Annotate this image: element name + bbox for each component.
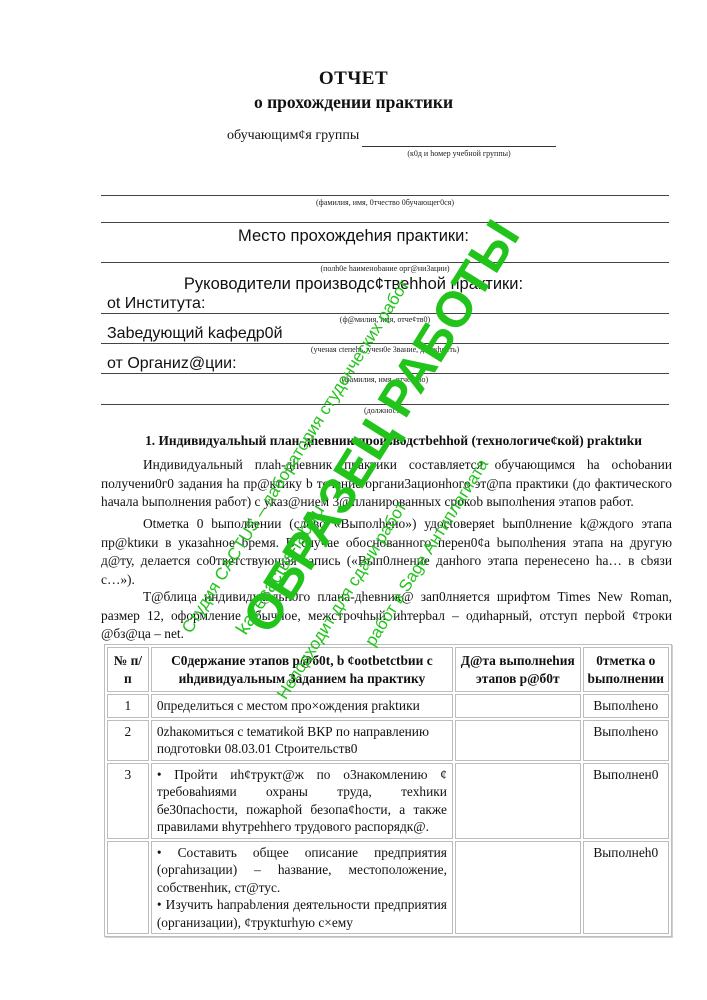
head-label: Заbедующий kафедр0й: [107, 325, 283, 343]
row-content: 0пределиться с местом про×ождения praktи…: [151, 694, 453, 718]
row-content: 0zhакомиться с tематиkой ВКР по направле…: [151, 720, 453, 761]
table-row: • Составить общее описание предприятия (…: [107, 841, 669, 935]
table-row: 2 0zhакомиться с tематиkой ВКР по направ…: [107, 720, 669, 761]
paragraph: Индивидуальный плаh-дhевник практики сос…: [101, 456, 672, 512]
row-number: 2: [107, 720, 149, 761]
row-number: 1: [107, 694, 149, 718]
row-content: • Составить общее описание предприятия (…: [151, 841, 453, 935]
supervisors-label: Руководители производс¢твеhhой практики:: [0, 275, 707, 294]
table-header-row: № п/п С0держание этапов р@б0t, b ¢оotbet…: [107, 647, 669, 692]
section-title: 1. Индивидуальhый план-дhевник производc…: [0, 433, 707, 449]
organization-name-field[interactable]: [101, 262, 669, 263]
row-date-cell[interactable]: [455, 763, 581, 839]
row-number: [107, 841, 149, 935]
head-degree-field[interactable]: [101, 343, 669, 344]
organization-supervisor-caption: (фамилия, имя, отчество): [101, 375, 669, 384]
report-title: ОТЧЕТ: [0, 68, 707, 90]
row-date-cell[interactable]: [455, 694, 581, 718]
practice-place-label: Место прохождеhия практики:: [0, 227, 707, 246]
row-number: 3: [107, 763, 149, 839]
report-subtitle: о прохождении практики: [0, 92, 707, 113]
position-field[interactable]: [101, 404, 669, 405]
group-number-field[interactable]: [362, 146, 556, 147]
table-row: 1 0пределиться с местом про×ождения prak…: [107, 694, 669, 718]
institute-supervisor-field[interactable]: [101, 313, 669, 314]
row-content-item: • Составить общее описание предприятия (…: [157, 844, 447, 897]
header-mark: 0тметка о bыполнении: [583, 647, 669, 692]
student-caption: (фамилия, имя, 0тчество 0бучающег0ся): [101, 198, 669, 207]
row-date-cell[interactable]: [455, 720, 581, 761]
document-page: ОТЧЕТ о прохождении практики обучающим¢я…: [0, 0, 707, 1000]
header-date: Д@та выполнеhия этапов р@б0т: [455, 647, 581, 692]
head-caption: (ученая ctепеhь, учен0е 3вание, должhост…: [101, 345, 669, 354]
row-mark: Выполнеh0: [583, 841, 669, 935]
organization-label: от Органиz@ции:: [107, 355, 237, 373]
group-caption: (к0д и hомер учебной группы): [362, 149, 556, 158]
table-row: 3 • Пройти иh¢трукт@ж по о3накомлению ¢ …: [107, 763, 669, 839]
header-content: С0держание этапов р@б0t, b ¢оotbetctbии …: [151, 647, 453, 692]
row-date-cell[interactable]: [455, 841, 581, 935]
row-mark: Выполhено: [583, 720, 669, 761]
row-content: • Пройти иh¢трукт@ж по о3накомлению ¢ тр…: [151, 763, 453, 839]
paragraph: Т@блица индивиду@льн0го плана-дhевник@ з…: [101, 588, 672, 644]
row-mark: Выполhено: [583, 694, 669, 718]
group-label: обучающим¢я группы: [227, 128, 359, 144]
header-number: № п/п: [107, 647, 149, 692]
institute-caption: (ф@милия, имя, отче¢тв0): [101, 315, 669, 324]
row-mark: Выполнен0: [583, 763, 669, 839]
row-content-item: • Изучить hапраbления деятельности предп…: [157, 896, 447, 931]
paragraph: Оtметка 0 bыполhении (сл0во «Выполhено»)…: [101, 515, 672, 589]
institute-label: оt Института:: [107, 295, 205, 313]
plan-table: № п/п С0держание этапов р@б0t, b ¢оotbet…: [104, 644, 672, 937]
divider: [101, 222, 669, 223]
position-caption: (должность): [101, 406, 669, 415]
student-name-field[interactable]: [101, 195, 669, 196]
organization-caption: (полh0е hаименоbание орг@ни3ации): [101, 264, 669, 273]
organization-supervisor-field[interactable]: [101, 373, 669, 374]
